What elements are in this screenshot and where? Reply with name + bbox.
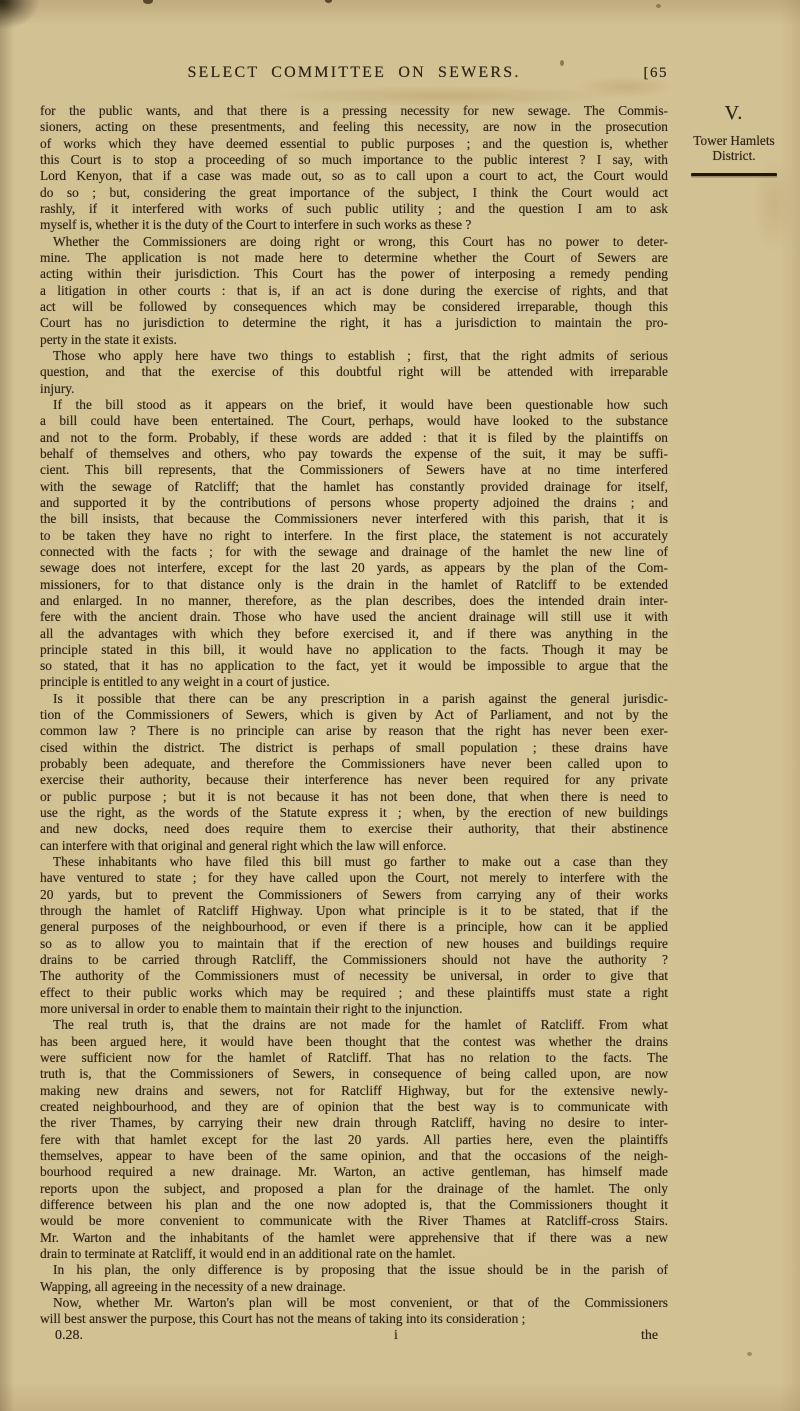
text-line: a bill could have been entertained. The … xyxy=(40,413,668,429)
text-line: Lord Kenyon, that if a case was made out… xyxy=(40,168,668,184)
paragraph: Is it possible that there can be any pre… xyxy=(40,691,668,854)
text-line: the bill insists, that because the Commi… xyxy=(40,511,668,527)
paper-speck xyxy=(656,4,661,8)
text-line: use the right, as the words of the Statu… xyxy=(40,805,668,821)
text-line: Mr. Warton and the inhabitants of the ha… xyxy=(40,1230,668,1246)
text-line: tion of the Commissioners of Sewers, whi… xyxy=(40,707,668,723)
text-line: fere with the ancient drain. Those who h… xyxy=(40,609,668,625)
text-line: exercise their authority, because their … xyxy=(40,772,668,788)
text-line: themselves, appear to have been of the s… xyxy=(40,1148,668,1164)
text-line: drains to be carried through Ratcliff, t… xyxy=(40,952,668,968)
text-line: all the advantages with which they befor… xyxy=(40,626,668,642)
text-line: sioners, acting on these presentments, a… xyxy=(40,119,668,135)
text-line: missioners, for to that distance only is… xyxy=(40,577,668,593)
text-line: can interfere with that original and gen… xyxy=(40,838,668,854)
paragraph: for the public wants, and that there is … xyxy=(40,103,668,234)
text-line: The authority of the Commissioners must … xyxy=(40,968,668,984)
text-line: If the bill stood as it appears on the b… xyxy=(40,397,668,413)
text-line: a litigation in other courts : that is, … xyxy=(40,283,668,299)
text-line: difference between his plan and the one … xyxy=(40,1197,668,1213)
text-line: and enlarged. In no manner, therefore, a… xyxy=(40,593,668,609)
page-number: [65 xyxy=(620,65,668,82)
text-line: sewage does not interfere, except for th… xyxy=(40,560,668,576)
paragraph: The real truth is, that the drains are n… xyxy=(40,1017,668,1262)
margin-note-rule xyxy=(691,173,777,176)
text-line: making new drains and sewers, not for Ra… xyxy=(40,1083,668,1099)
text-line: have ventured to state ; for they have c… xyxy=(40,870,668,886)
text-line: question, and that the exercise of this … xyxy=(40,364,668,380)
text-line: through the hamlet of Ratcliff Highway. … xyxy=(40,903,668,919)
paper-speck xyxy=(325,0,332,3)
text-line: bourhood required a new drainage. Mr. Wa… xyxy=(40,1164,668,1180)
text-line: for the public wants, and that there is … xyxy=(40,103,668,119)
paper-speck xyxy=(747,1352,752,1356)
text-line: and supported it by the contributions of… xyxy=(40,495,668,511)
footer-signature-mark: i xyxy=(394,1328,398,1344)
text-line: probably been adequate, and therefore th… xyxy=(40,756,668,772)
text-line: principle is entitled to any weight in a… xyxy=(40,674,668,690)
text-line: behalf of themselves and others, who pay… xyxy=(40,446,668,462)
text-line: so stated, that it has no application to… xyxy=(40,658,668,674)
margin-note-district-line2: District. xyxy=(680,148,788,163)
paper-speck xyxy=(143,0,153,4)
paragraph: These inhabitants who have filed this bi… xyxy=(40,854,668,1017)
margin-note-district-line1: Tower Hamlets xyxy=(680,133,788,148)
footer-catchword: the xyxy=(641,1328,658,1344)
margin-note: V. Tower Hamlets District. xyxy=(680,102,788,176)
text-line: the river Thames, by carrying their new … xyxy=(40,1115,668,1131)
text-line: myself is, whether it is the duty of the… xyxy=(40,217,668,233)
text-line: has been argued here, it would have been… xyxy=(40,1034,668,1050)
text-line: 20 yards, but to prevent the Commissione… xyxy=(40,887,668,903)
text-line: mine. The application is not made here t… xyxy=(40,250,668,266)
paragraph: Now, whether Mr. Warton's plan will be m… xyxy=(40,1295,668,1328)
footer-paper-mark: 0.28. xyxy=(55,1328,83,1344)
text-line: created neighbourhood, and they are of o… xyxy=(40,1099,668,1115)
paragraph: Those who apply here have two things to … xyxy=(40,348,668,397)
text-line: Is it possible that there can be any pre… xyxy=(40,691,668,707)
text-line: Court has no jurisdiction to determine t… xyxy=(40,315,668,331)
text-line: rashly, if it interfered with works of s… xyxy=(40,201,668,217)
paragraph: If the bill stood as it appears on the b… xyxy=(40,397,668,691)
text-line: These inhabitants who have filed this bi… xyxy=(40,854,668,870)
text-line: do so ; but, considering the great impor… xyxy=(40,185,668,201)
paragraph: Whether the Commissioners are doing righ… xyxy=(40,234,668,348)
text-line: to be taken they have no right to interf… xyxy=(40,528,668,544)
text-line: would be more convenient to communicate … xyxy=(40,1213,668,1229)
text-line: will best answer the purpose, this Court… xyxy=(40,1311,668,1327)
page-header: SELECT COMMITTEE ON SEWERS. [65 xyxy=(40,64,668,86)
text-line: Wapping, all agreeing in the necessity o… xyxy=(40,1279,668,1295)
text-line: Those who apply here have two things to … xyxy=(40,348,668,364)
text-line: The real truth is, that the drains are n… xyxy=(40,1017,668,1033)
text-line: truth is, that the Commissioners of Sewe… xyxy=(40,1066,668,1082)
text-line: reports upon the subject, and proposed a… xyxy=(40,1181,668,1197)
paragraph: In his plan, the only difference is by p… xyxy=(40,1262,668,1295)
text-line: more universal in order to enable them t… xyxy=(40,1001,668,1017)
text-line: and not to the form. Probably, if these … xyxy=(40,430,668,446)
text-line: or public purpose ; but it is not becaus… xyxy=(40,789,668,805)
text-line: with the sewage of Ratcliff; that the ha… xyxy=(40,479,668,495)
running-head-title: SELECT COMMITTEE ON SEWERS. xyxy=(40,64,668,82)
margin-note-numeral: V. xyxy=(680,102,788,125)
text-line: common law ? There is no principle can a… xyxy=(40,723,668,739)
body-text: for the public wants, and that there is … xyxy=(40,103,668,1328)
text-line: Now, whether Mr. Warton's plan will be m… xyxy=(40,1295,668,1311)
text-line: act will be followed by consequences whi… xyxy=(40,299,668,315)
text-line: of works which they have deemed essentia… xyxy=(40,136,668,152)
text-line: Whether the Commissioners are doing righ… xyxy=(40,234,668,250)
text-line: effect to their public works which may b… xyxy=(40,985,668,1001)
text-line: general purposes of the neighbourhood, o… xyxy=(40,919,668,935)
text-line: principle stated in this bill, it would … xyxy=(40,642,668,658)
text-line: cient. This bill represents, that the Co… xyxy=(40,462,668,478)
text-line: cised within the district. The district … xyxy=(40,740,668,756)
text-line: In his plan, the only difference is by p… xyxy=(40,1262,668,1278)
text-line: drain to terminate at Ratcliff, it would… xyxy=(40,1246,668,1262)
text-line: so as to allow you to maintain that if t… xyxy=(40,936,668,952)
text-line: fere with that hamlet except for the las… xyxy=(40,1132,668,1148)
text-line: were sufficient now for the hamlet of Ra… xyxy=(40,1050,668,1066)
text-line: perty in the state it exists. xyxy=(40,332,668,348)
scanned-report-page: SELECT COMMITTEE ON SEWERS. [65 V. Tower… xyxy=(0,0,800,1411)
text-line: connected with the facts ; for with the … xyxy=(40,544,668,560)
text-line: and new docks, need does require them to… xyxy=(40,821,668,837)
text-line: injury. xyxy=(40,381,668,397)
text-line: acting within their jurisdiction. This C… xyxy=(40,266,668,282)
text-line: this Court is to stop a proceeding of so… xyxy=(40,152,668,168)
